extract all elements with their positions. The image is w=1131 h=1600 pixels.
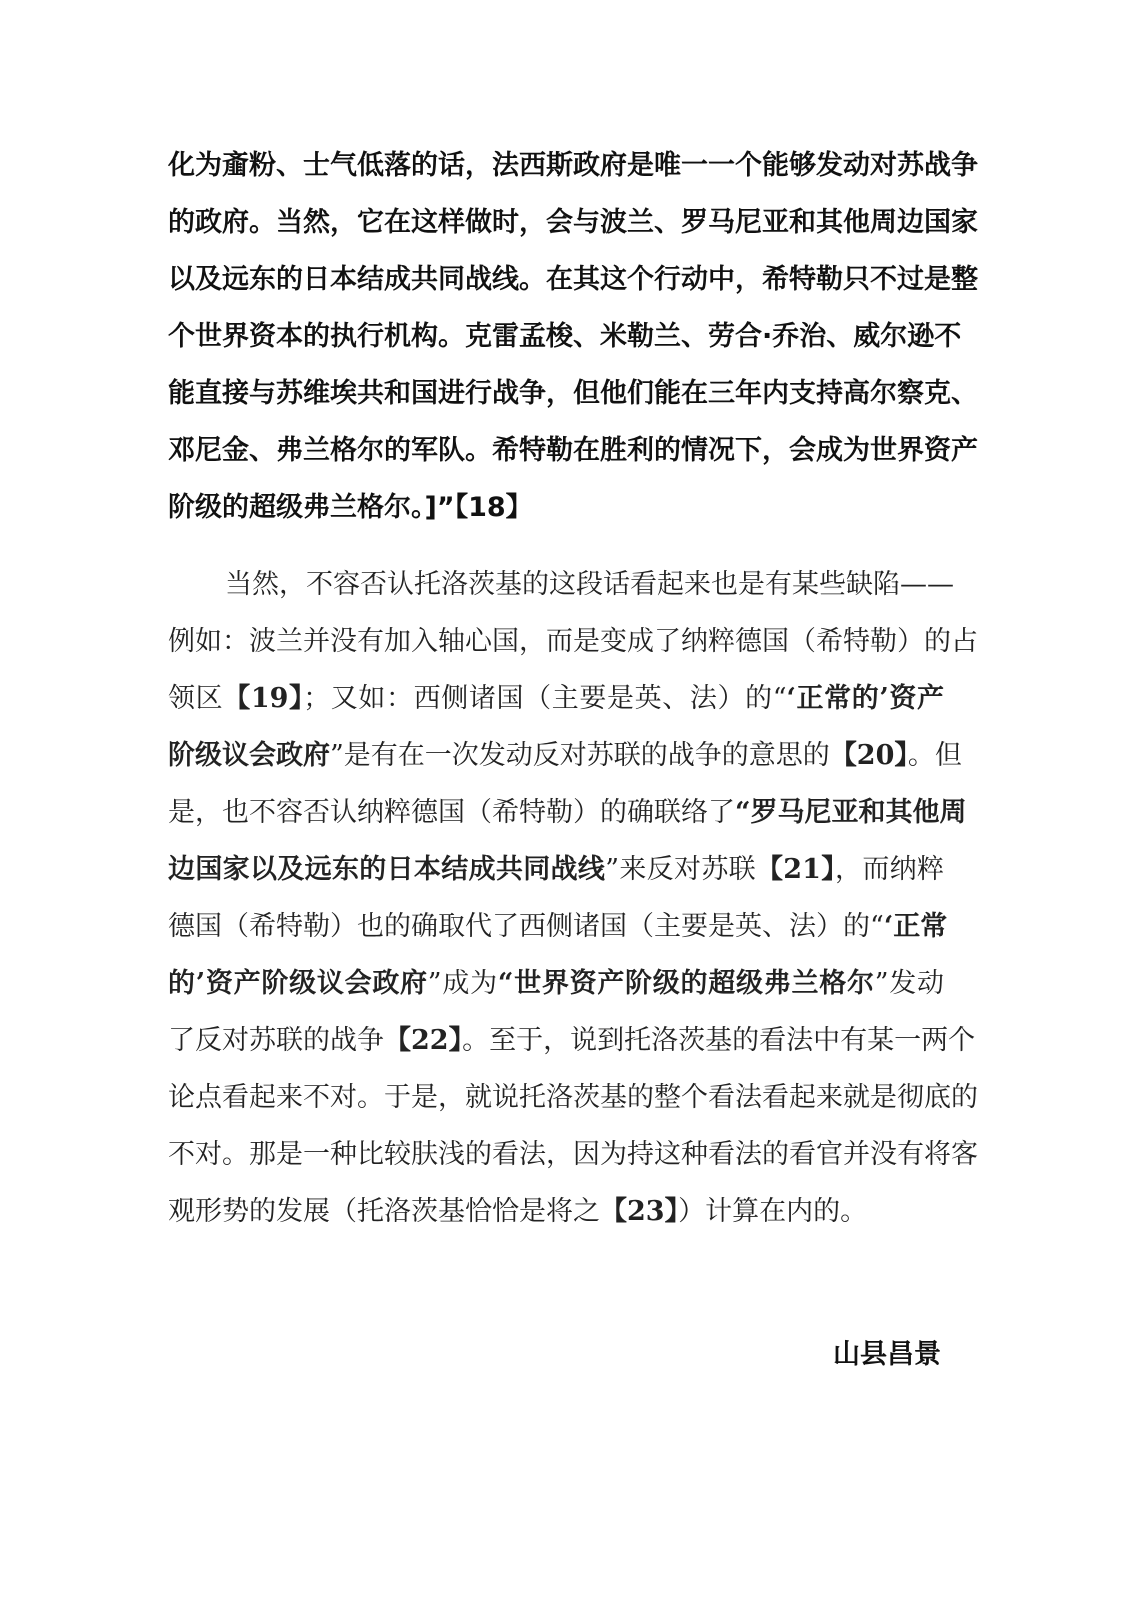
text-line: 领区【19】；又如：西侧诸国（主要是英、法）的“‘正常的’资产: [168, 679, 944, 719]
footnote-ref-20[interactable]: 【20】: [830, 740, 908, 771]
quoted-emphasis: ‘正常: [884, 911, 947, 942]
text-span: ；又如：西侧诸国（主要是英、法）的“: [303, 683, 786, 714]
footnote-ref-22[interactable]: 【22】: [384, 1025, 462, 1056]
quoted-emphasis: 边国家以及远东的日本结成共同战线: [168, 854, 605, 885]
text-span: 观形势的发展（托洛茨基恰恰是将之: [168, 1196, 600, 1227]
text-line: 了反对苏联的战争【22】。至于，说到托洛茨基的看法中有某一两个: [168, 1021, 944, 1061]
footnote-ref-19[interactable]: 【19】: [223, 683, 303, 714]
text-line: 观形势的发展（托洛茨基恰恰是将之【23】）计算在内的。: [168, 1192, 944, 1232]
text-span: 了反对苏联的战争: [168, 1025, 384, 1056]
quoted-emphasis: “世界资产阶级的超级弗兰格尔: [498, 968, 875, 999]
text-span: 领区: [168, 683, 223, 714]
text-span: 是，也不容否认纳粹德国（希特勒）的确联络了: [168, 797, 735, 828]
text-line: 边国家以及远东的日本结成共同战线”来反对苏联【21】，而纳粹: [168, 850, 944, 890]
text-line: 化为齑粉、士气低落的话，法西斯政府是唯一一个能够发动对苏战争: [168, 146, 944, 186]
text-line: 论点看起来不对。于是，就说托洛茨基的整个看法看起来就是彻底的: [168, 1078, 944, 1118]
text-span: ”发动: [875, 968, 944, 999]
text-line: 阶级的超级弗兰格尔。]”【18】: [168, 488, 944, 528]
text-span: ，而纳粹: [835, 854, 944, 885]
text-line: 以及远东的日本结成共同战线。在其这个行动中，希特勒只不过是整: [168, 260, 944, 300]
text-span: ）计算在内的。: [678, 1196, 867, 1227]
author-signature: 山县昌景: [833, 1335, 941, 1375]
quoted-emphasis: 阶级议会政府: [168, 740, 330, 771]
quoted-emphasis: ‘正常的’资产: [787, 683, 945, 714]
text-span: ”是有在一次发动反对苏联的战争的意思的: [330, 740, 830, 771]
text-line: 能直接与苏维埃共和国进行战争，但他们能在三年内支持高尔察克、: [168, 374, 944, 414]
text-line: 个世界资本的执行机构。克雷孟梭、米勒兰、劳合·乔治、威尔逊不: [168, 317, 944, 357]
text-line: 不对。那是一种比较肤浅的看法，因为持这种看法的看官并没有将客: [168, 1135, 944, 1175]
text-line: 的’资产阶级议会政府”成为“世界资产阶级的超级弗兰格尔”发动: [168, 964, 944, 1004]
footnote-ref-23[interactable]: 【23】: [600, 1196, 678, 1227]
text-span: 。至于，说到托洛茨基的看法中有某一两个: [462, 1025, 975, 1056]
text-span: 。但: [908, 740, 962, 771]
text-line: 德国（希特勒）也的确取代了西侧诸国（主要是英、法）的“‘正常: [168, 907, 944, 947]
quoted-emphasis: 的’资产阶级议会政府: [168, 968, 428, 999]
footnote-ref-21[interactable]: 【21】: [756, 854, 835, 885]
text-line: 邓尼金、弗兰格尔的军队。希特勒在胜利的情况下，会成为世界资产: [168, 431, 944, 471]
text-line: 例如：波兰并没有加入轴心国，而是变成了纳粹德国（希特勒）的占: [168, 622, 944, 662]
text-span: ”成为: [428, 968, 498, 999]
text-line: 阶级议会政府”是有在一次发动反对苏联的战争的意思的【20】。但: [168, 736, 944, 776]
text-span: ”来反对苏联: [605, 854, 756, 885]
text-line: 的政府。当然，它在这样做时，会与波兰、罗马尼亚和其他周边国家: [168, 203, 944, 243]
text-span: 德国（希特勒）也的确取代了西侧诸国（主要是英、法）的“: [168, 911, 884, 942]
text-line: 当然，不容否认托洛茨基的这段话看起来也是有某些缺陷——: [168, 565, 944, 605]
quoted-emphasis: “罗马尼亚和其他周: [735, 797, 967, 828]
text-line: 是，也不容否认纳粹德国（希特勒）的确联络了“罗马尼亚和其他周: [168, 793, 944, 833]
